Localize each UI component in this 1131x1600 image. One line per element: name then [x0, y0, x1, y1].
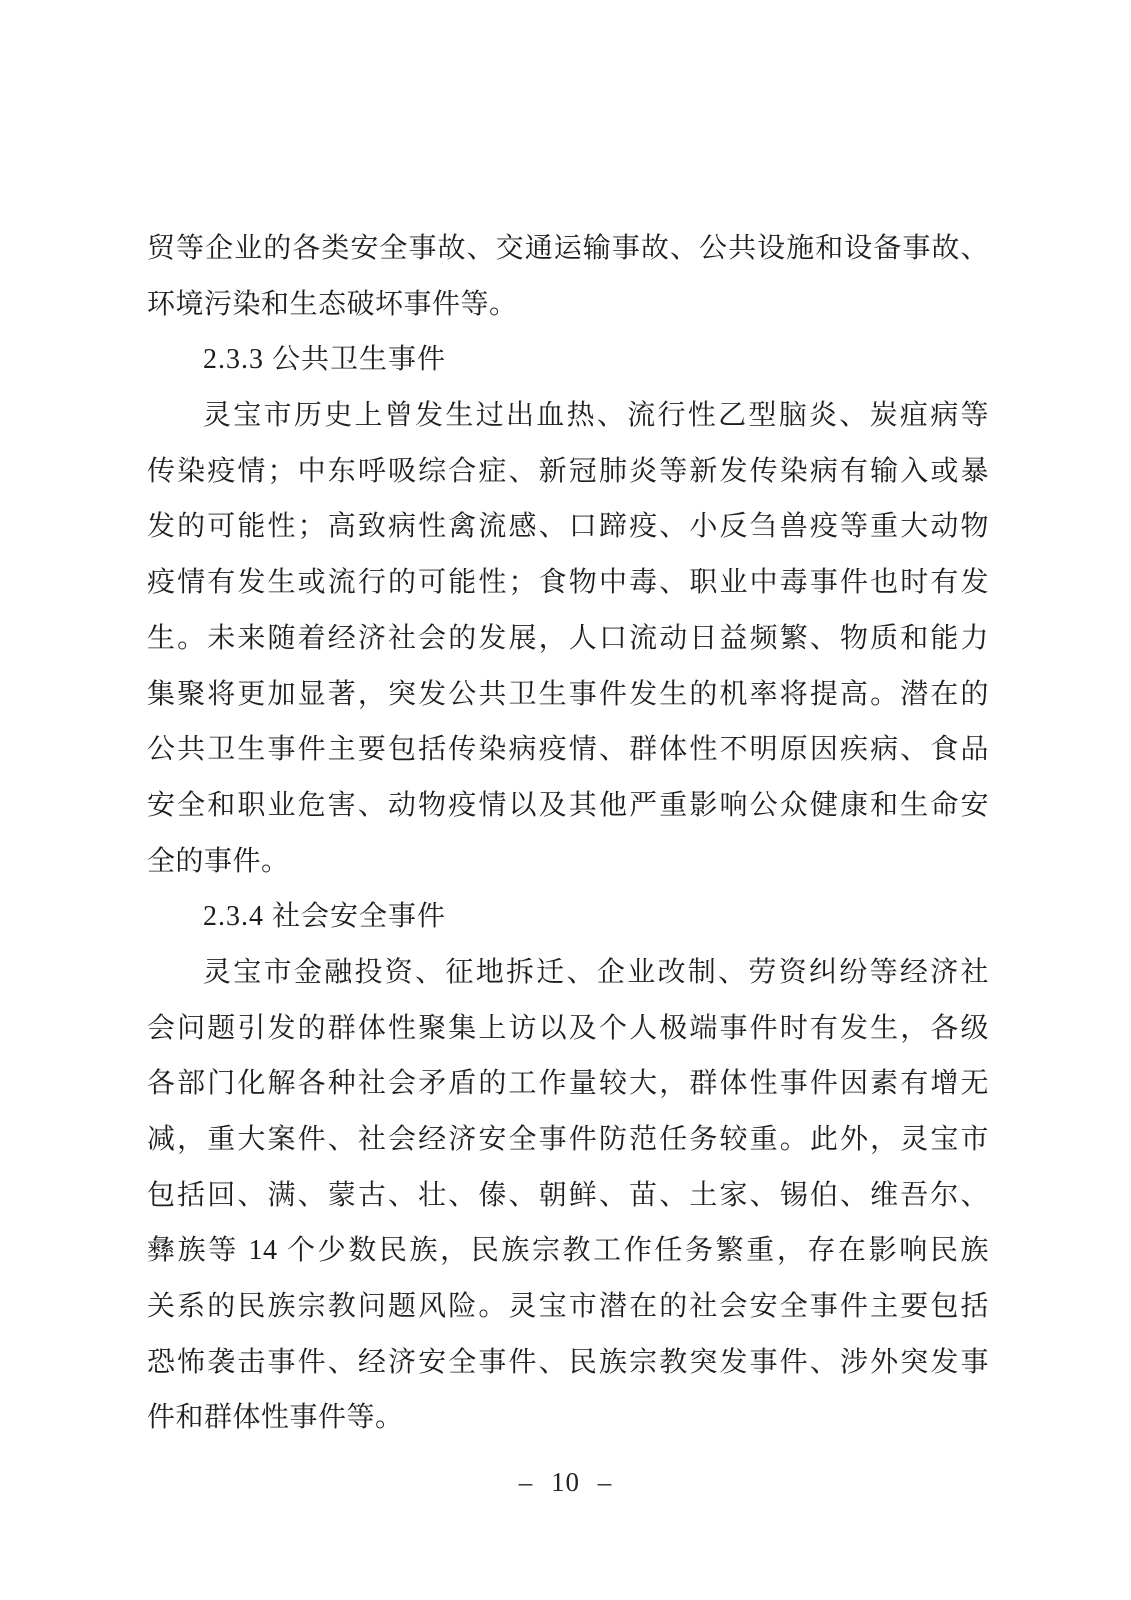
paragraph-line: 包括回、满、蒙古、壮、傣、朝鲜、苗、土家、锡伯、维吾尔、 [147, 1168, 989, 1224]
section-heading-2-3-3: 2.3.3 公共卫生事件 [147, 332, 989, 388]
paragraph-line: 关系的民族宗教问题风险。灵宝市潜在的社会安全事件主要包括 [147, 1279, 989, 1335]
paragraph-line: 灵宝市历史上曾发生过出血热、流行性乙型脑炎、炭疽病等 [147, 388, 989, 444]
page-number: – 10 – [0, 1462, 1131, 1502]
paragraph-line: 生。未来随着经济社会的发展，人口流动日益频繁、物质和能力 [147, 611, 989, 667]
document-page: 贸等企业的各类安全事故、交通运输事故、公共设施和设备事故、 环境污染和生态破坏事… [0, 0, 1131, 1600]
section-heading-2-3-4: 2.3.4 社会安全事件 [147, 889, 989, 945]
paragraph-line: 贸等企业的各类安全事故、交通运输事故、公共设施和设备事故、 [147, 221, 989, 277]
paragraph-line: 传染疫情；中东呼吸综合症、新冠肺炎等新发传染病有输入或暴 [147, 444, 989, 500]
paragraph-line: 灵宝市金融投资、征地拆迁、企业改制、劳资纠纷等经济社 [147, 945, 989, 1001]
paragraph-line: 会问题引发的群体性聚集上访以及个人极端事件时有发生，各级 [147, 1001, 989, 1057]
paragraph-line: 件和群体性事件等。 [147, 1390, 989, 1446]
paragraph-line: 彝族等 14 个少数民族，民族宗教工作任务繁重，存在影响民族 [147, 1223, 989, 1279]
paragraph-line: 环境污染和生态破坏事件等。 [147, 277, 989, 333]
document-text-block: 贸等企业的各类安全事故、交通运输事故、公共设施和设备事故、 环境污染和生态破坏事… [147, 221, 989, 1446]
paragraph-line: 公共卫生事件主要包括传染病疫情、群体性不明原因疾病、食品 [147, 722, 989, 778]
paragraph-line: 各部门化解各种社会矛盾的工作量较大，群体性事件因素有增无 [147, 1056, 989, 1112]
paragraph-line: 疫情有发生或流行的可能性；食物中毒、职业中毒事件也时有发 [147, 555, 989, 611]
paragraph-line: 全的事件。 [147, 834, 989, 890]
paragraph-line: 减，重大案件、社会经济安全事件防范任务较重。此外，灵宝市 [147, 1112, 989, 1168]
paragraph-line: 集聚将更加显著，突发公共卫生事件发生的机率将提高。潜在的 [147, 667, 989, 723]
paragraph-line: 安全和职业危害、动物疫情以及其他严重影响公众健康和生命安 [147, 778, 989, 834]
paragraph-line: 发的可能性；高致病性禽流感、口蹄疫、小反刍兽疫等重大动物 [147, 499, 989, 555]
paragraph-line: 恐怖袭击事件、经济安全事件、民族宗教突发事件、涉外突发事 [147, 1335, 989, 1391]
